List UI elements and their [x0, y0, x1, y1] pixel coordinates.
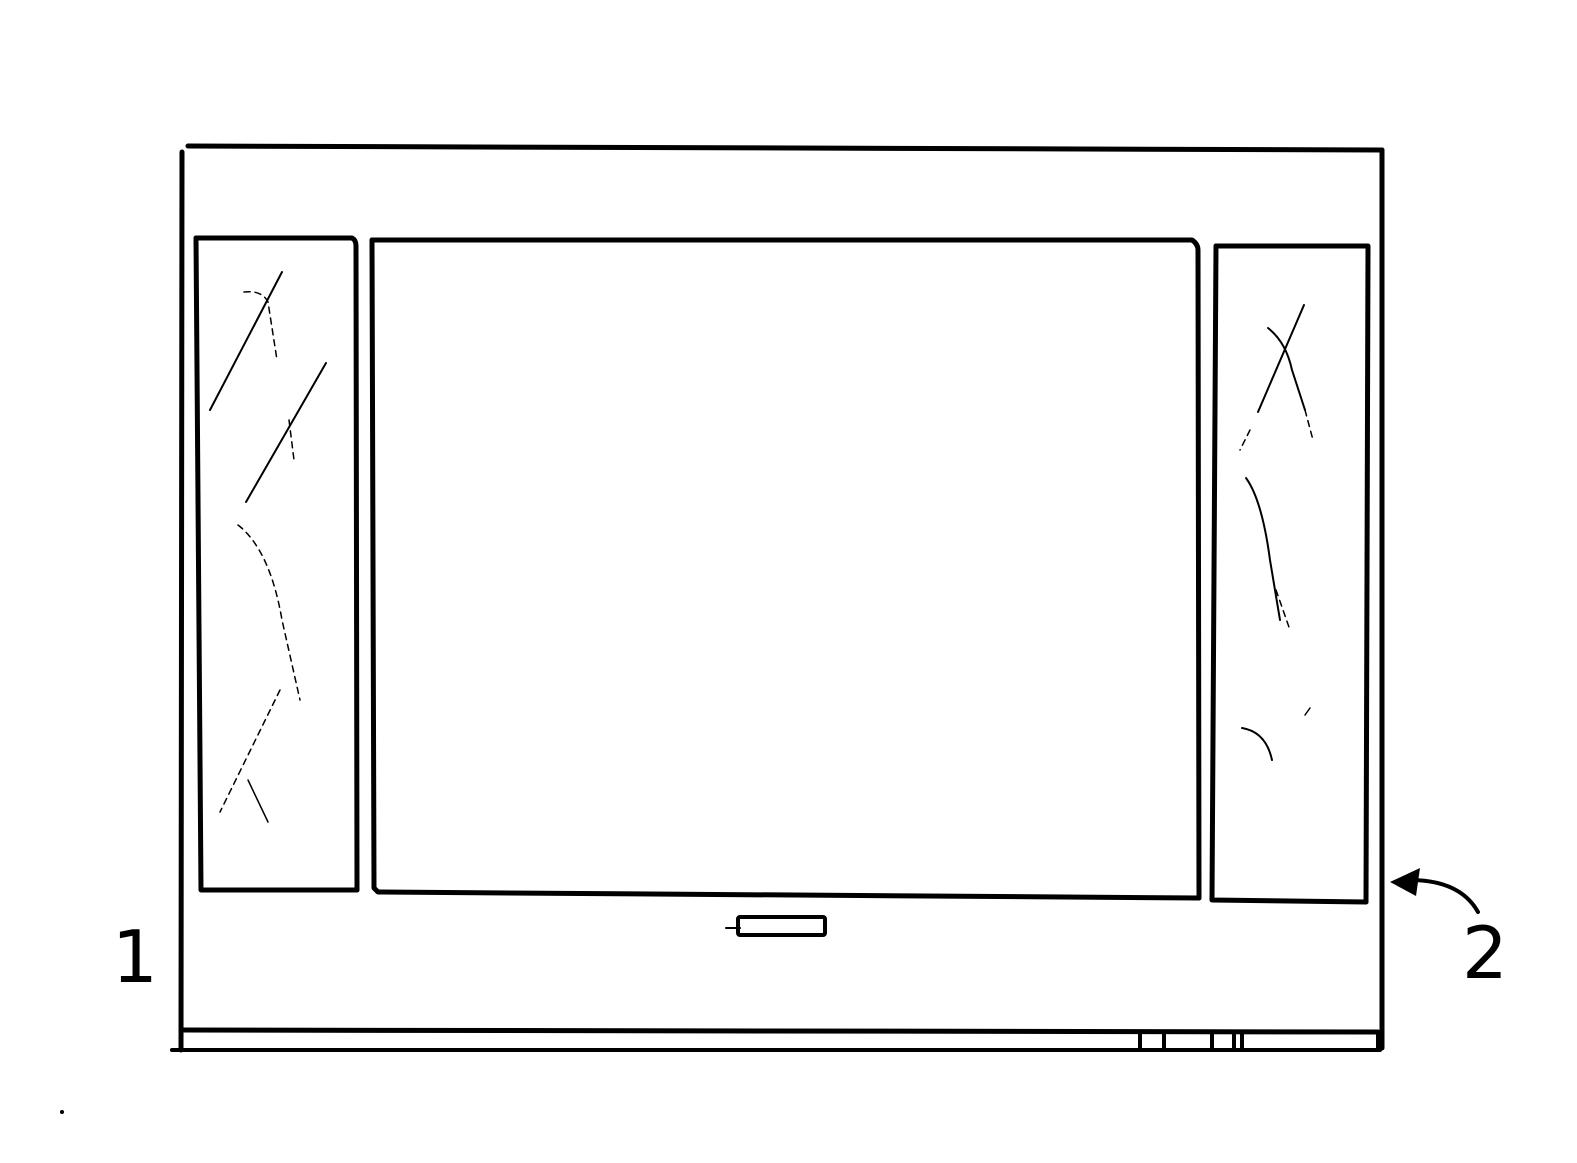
right-panel — [1212, 246, 1368, 902]
speck — [60, 1110, 64, 1114]
leader-arrow-2 — [1390, 868, 1478, 912]
display-drawing: 1 2 — [0, 0, 1577, 1163]
left-panel — [196, 238, 357, 890]
screen — [372, 240, 1199, 898]
logo-badge — [726, 917, 825, 935]
ref-numeral-1: 1 — [112, 915, 158, 999]
ref-numeral-2: 2 — [1462, 911, 1508, 995]
button-segments — [1140, 1034, 1242, 1050]
